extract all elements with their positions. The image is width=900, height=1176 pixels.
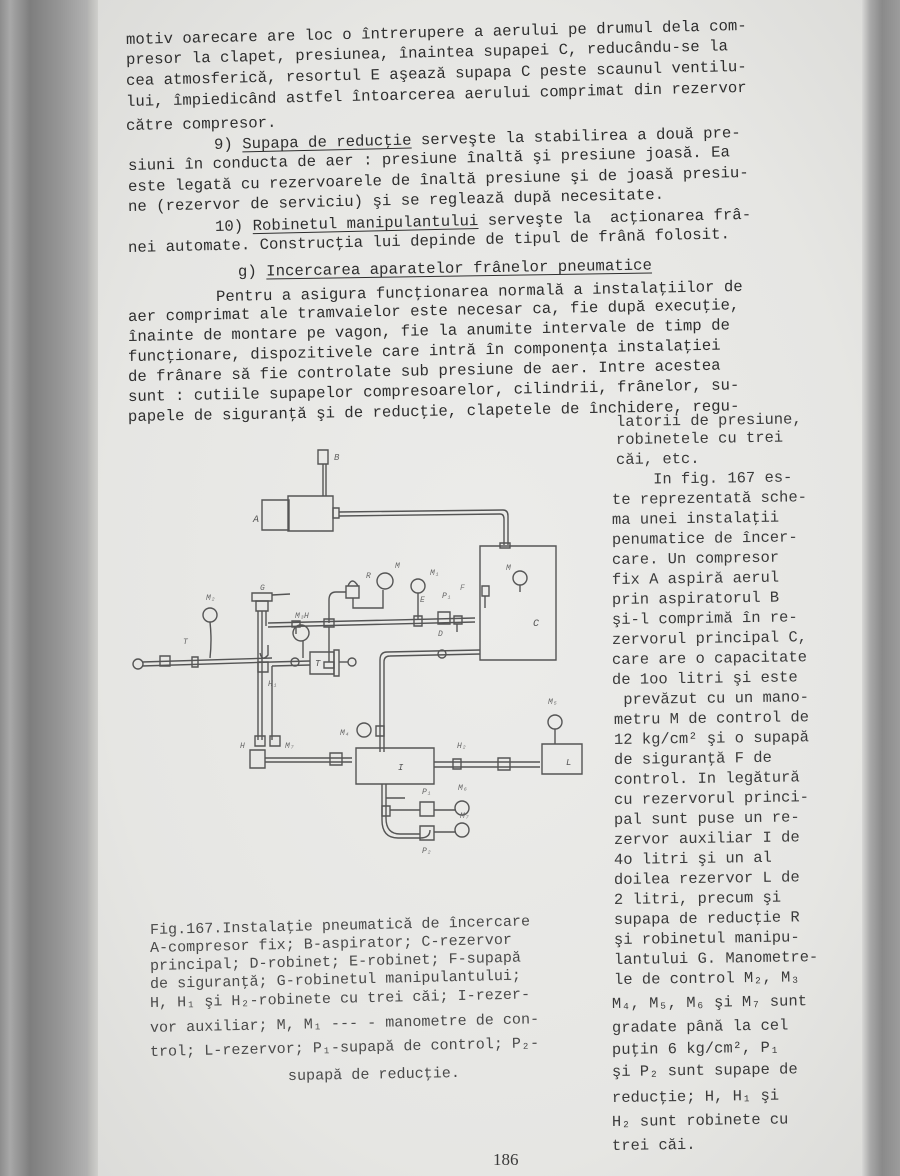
svg-text:M₅: M₅: [548, 698, 558, 707]
right-column-line: fix A aspiră aerul: [612, 570, 779, 589]
svg-text:R: R: [366, 572, 371, 581]
right-column-line: căi, etc.: [616, 451, 700, 469]
section-marker: g): [238, 263, 257, 281]
right-column-line: metru M de control de: [614, 709, 809, 729]
svg-text:M₁: M₁: [430, 569, 440, 578]
right-column-line: doilea rezervor L de: [614, 869, 800, 889]
item-title: Supapa de reducţie: [242, 132, 412, 154]
svg-text:G: G: [260, 584, 265, 593]
svg-text:H₂: H₂: [457, 742, 467, 751]
svg-text:L: L: [566, 758, 571, 768]
compressor-a: A B: [252, 450, 340, 531]
right-column-line: reducţie; H, H₁ şi: [612, 1088, 779, 1107]
right-column-line: 12 kg/cm² şi o supapă: [614, 729, 809, 749]
right-column-line: In fig. 167 es-: [616, 470, 793, 489]
right-column-line: şi robinetul manipu-: [614, 929, 800, 949]
right-column-line: robinetele cu trei: [616, 430, 783, 449]
svg-text:D: D: [438, 630, 443, 639]
test-assembly-t: M₂ T M₃ T H₁: [133, 594, 356, 740]
right-column-line: gradate până la cel: [612, 1018, 789, 1037]
right-column-line: prevăzut cu un mano-: [614, 689, 809, 709]
right-column-line: zervor auxiliar I de: [614, 829, 800, 849]
right-column-line: lantului G. Manometre-: [614, 949, 819, 969]
right-column-line: şi P₂ sunt supape de: [612, 1061, 798, 1081]
svg-text:M₆: M₆: [458, 784, 468, 793]
right-column-line: control. In legătură: [614, 769, 800, 789]
right-column-line: M₄, M₅, M₆ şi M₇ sunt: [612, 993, 807, 1013]
book-spine: [0, 0, 98, 1176]
right-column-line: trei căi.: [612, 1137, 696, 1155]
auxiliary-reservoir-i: I M₄: [340, 723, 434, 784]
right-column-line: de 1oo litri şi este: [612, 669, 798, 689]
right-column-line: pal sunt puse un re-: [614, 809, 800, 829]
reservoir-l: L M₅: [542, 698, 582, 774]
right-column-line: 2 litri, precum şi: [614, 890, 781, 909]
svg-text:H: H: [304, 612, 309, 621]
svg-text:C: C: [533, 619, 539, 630]
main-reservoir-c: C M F: [460, 543, 556, 660]
svg-text:P₁: P₁: [422, 788, 432, 797]
right-column-line: puţin 6 kg/cm², P₁: [612, 1040, 779, 1059]
right-column-line: zervorul principal C,: [612, 629, 807, 649]
page-number: 186: [493, 1150, 519, 1170]
page-edge: [88, 0, 98, 1176]
svg-text:P₂: P₂: [422, 847, 432, 856]
right-column-line: prin aspiratorul B: [612, 590, 779, 609]
right-column-line: şi-l comprimă în re-: [612, 609, 798, 629]
right-column-line: supapa de reducţie R: [614, 909, 800, 929]
right-column-line: ma unei instalaţii: [612, 510, 779, 529]
svg-text:M₇: M₇: [460, 812, 470, 821]
body-line: către compresor.: [126, 115, 277, 135]
item-number: 9): [214, 136, 233, 154]
right-column-line: le de control M₂, M₃: [614, 969, 800, 989]
svg-text:F: F: [460, 584, 465, 593]
right-column-line: care. Un compresor: [612, 550, 779, 569]
svg-text:H₁: H₁: [268, 680, 278, 689]
svg-text:M₂: M₂: [206, 594, 216, 603]
pneumatic-test-installation-diagram: A B C M F G H R M M₁ E: [120, 440, 610, 900]
svg-text:M₄: M₄: [340, 729, 350, 738]
right-column-line: 4o litri şi un al: [614, 850, 772, 869]
svg-text:M: M: [395, 562, 400, 571]
svg-text:B: B: [334, 453, 340, 463]
svg-text:P₁: P₁: [442, 592, 452, 601]
right-column-line: penumatice de încer-: [612, 529, 798, 549]
svg-text:T: T: [183, 638, 189, 647]
svg-text:M₃: M₃: [295, 612, 305, 621]
right-column-line: de siguranţă F de: [614, 750, 772, 769]
right-column-line: te reprezentată sche-: [612, 489, 807, 509]
right-column-line: H₂ sunt robinete cu: [612, 1112, 789, 1131]
svg-text:E: E: [420, 596, 425, 605]
svg-text:M₇: M₇: [285, 742, 295, 751]
right-column-line: cu rezervorul princi-: [614, 789, 809, 809]
svg-text:A: A: [252, 515, 259, 526]
item-number: 10): [215, 217, 244, 236]
svg-text:T: T: [315, 659, 321, 669]
figure-caption-line: supapă de reducţie.: [288, 1065, 460, 1085]
right-page-shadow: [862, 0, 900, 1176]
svg-text:M: M: [506, 564, 511, 573]
svg-text:H: H: [240, 742, 245, 751]
svg-text:I: I: [398, 763, 404, 773]
right-column-line: care are o capacitate: [612, 649, 807, 669]
